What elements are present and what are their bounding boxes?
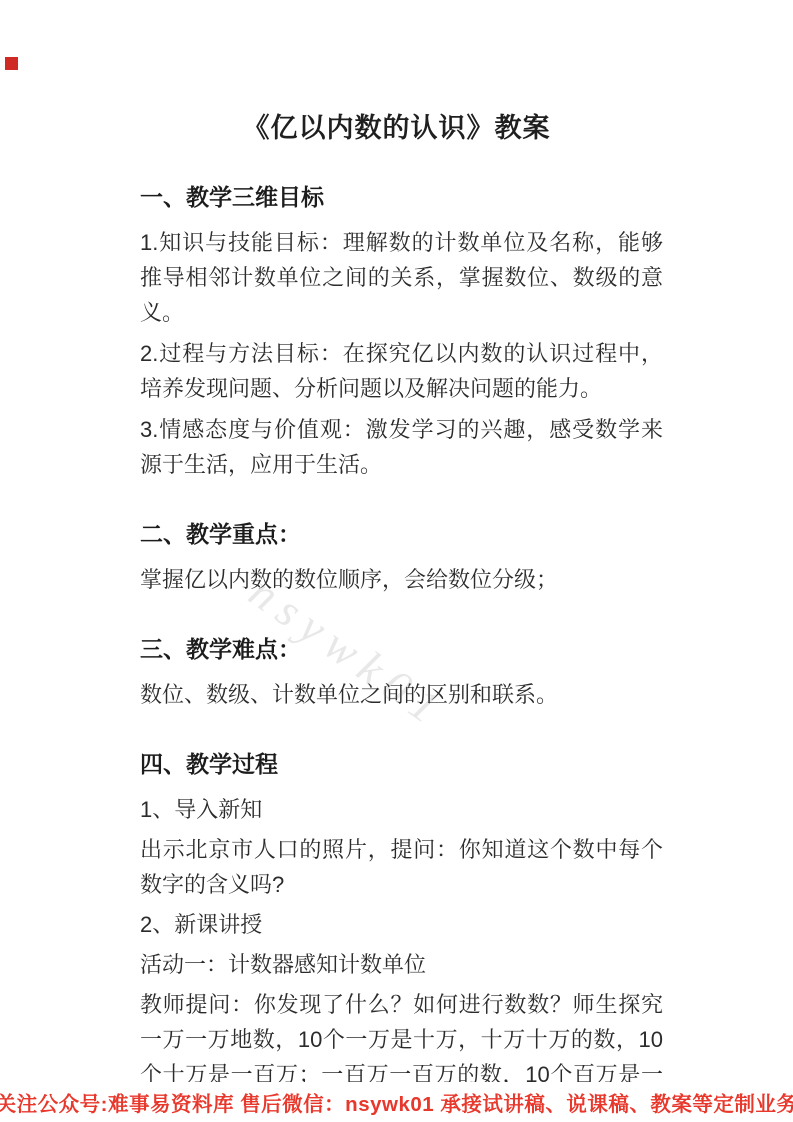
paragraph: 数位、数级、计数单位之间的区别和联系。 [140,677,663,712]
paragraph: 掌握亿以内数的数位顺序，会给数位分级； [140,562,663,597]
section-teaching-process: 四、教学过程 1、导入新知 出示北京市人口的照片，提问：你知道这个数中每个数字的… [140,748,663,1122]
section-key-points: 二、教学重点： 掌握亿以内数的数位顺序，会给数位分级； [140,518,663,597]
section-heading: 二、教学重点： [140,518,663,550]
section-objectives: 一、教学三维目标 1.知识与技能目标：理解数的计数单位及名称，能够推导相邻计数单… [140,181,663,482]
paragraph: 3.情感态度与价值观：激发学习的兴趣，感受数学来源于生活，应用于生活。 [140,412,663,482]
paragraph: 2、新课讲授 [140,907,663,942]
paragraph: 出示北京市人口的照片，提问：你知道这个数中每个数字的含义吗? [140,832,663,902]
section-difficulties: 三、教学难点： 数位、数级、计数单位之间的区别和联系。 [140,633,663,712]
paragraph: 1、导入新知 [140,792,663,827]
section-heading: 三、教学难点： [140,633,663,665]
paragraph: 2.过程与方法目标：在探究亿以内数的认识过程中，培养发现问题、分析问题以及解决问… [140,336,663,406]
paragraph: 1.知识与技能目标：理解数的计数单位及名称，能够推导相邻计数单位之间的关系，掌握… [140,225,663,330]
section-heading: 一、教学三维目标 [140,181,663,213]
promo-footer-banner: 关注公众号:难事易资料库 售后微信：nsywk01 承接试讲稿、说课稿、教案等定… [0,1082,793,1122]
section-heading: 四、教学过程 [140,748,663,780]
document-page: 《亿以内数的认识》教案 一、教学三维目标 1.知识与技能目标：理解数的计数单位及… [0,0,793,1122]
paragraph: 活动一：计数器感知计数单位 [140,947,663,982]
document-body: 一、教学三维目标 1.知识与技能目标：理解数的计数单位及名称，能够推导相邻计数单… [0,181,793,1122]
document-title: 《亿以内数的认识》教案 [0,0,793,145]
red-corner-marker [5,57,18,70]
promo-footer-text: 关注公众号:难事易资料库 售后微信：nsywk01 承接试讲稿、说课稿、教案等定… [0,1087,793,1117]
